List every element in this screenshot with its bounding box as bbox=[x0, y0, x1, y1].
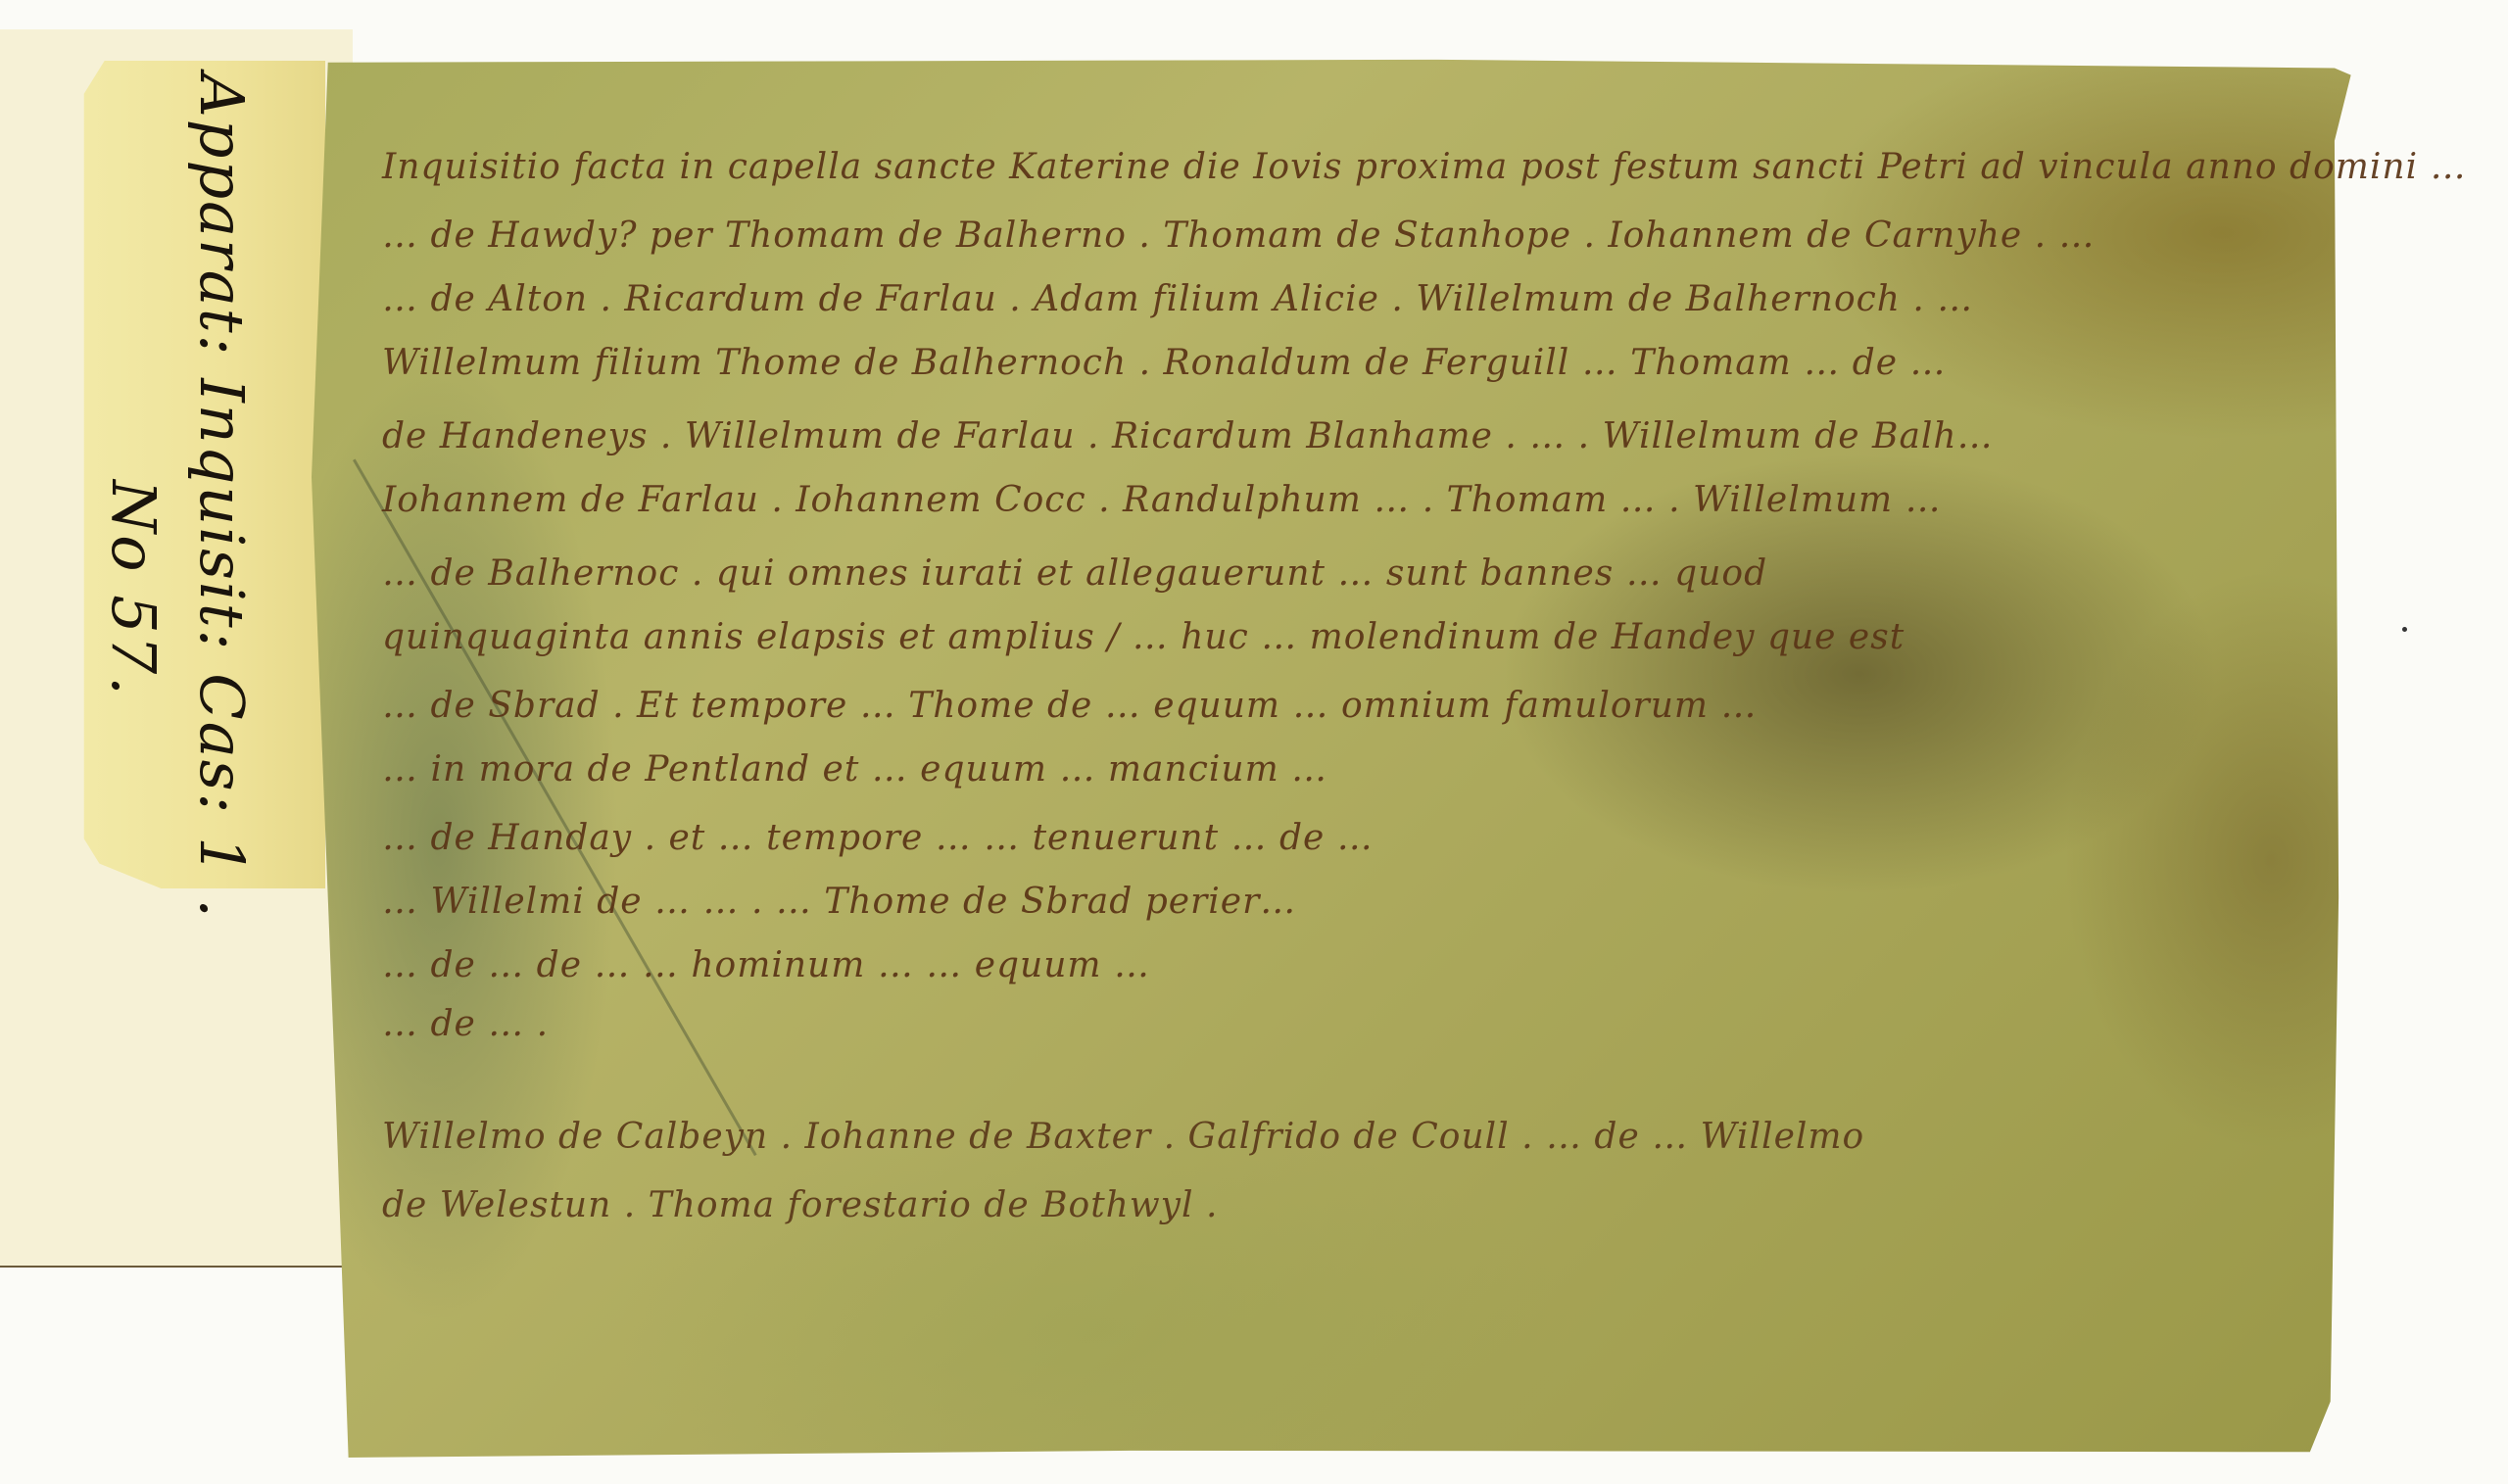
text-line: … in mora de Pentland et … equum … manci… bbox=[382, 749, 1327, 790]
witness-line: de Welestun . Thoma forestario de Bothwy… bbox=[382, 1185, 1218, 1225]
text-line: … de Hawdy? per Thomam de Balherno . Tho… bbox=[382, 215, 2096, 256]
text-line: … Willelmi de … … . … Thome de Sbrad per… bbox=[382, 882, 1296, 922]
archive-label-line-1: Apparat: Inquisit: Cas: 1 . bbox=[186, 73, 258, 920]
archive-label: Apparat: Inquisit: Cas: 1 . No 57. bbox=[93, 73, 289, 857]
text-line: … de Balhernoc . qui omnes iurati et all… bbox=[382, 553, 1767, 594]
text-line: Inquisitio facta in capella sancte Kater… bbox=[382, 147, 2467, 187]
witness-line: Willelmo de Calbeyn . Iohanne de Baxter … bbox=[382, 1117, 1864, 1157]
text-line: Iohannem de Farlau . Iohannem Cocc . Ran… bbox=[382, 480, 1942, 520]
archive-label-number: No 57. bbox=[98, 480, 169, 697]
text-line: de Handeneys . Willelmum de Farlau . Ric… bbox=[382, 416, 1994, 456]
text-line: … de … de … … hominum … … equum … bbox=[382, 945, 1150, 985]
text-line: … de Alton . Ricardum de Farlau . Adam f… bbox=[382, 279, 1973, 319]
text-line: … de … . bbox=[382, 1004, 549, 1044]
text-line: … de Sbrad . Et tempore … Thome de … equ… bbox=[382, 686, 1758, 726]
text-line: Willelmum filium Thome de Balhernoch . R… bbox=[382, 343, 1947, 383]
text-line: quinquaginta annis elapsis et amplius / … bbox=[382, 617, 1905, 657]
scan-speck bbox=[2402, 627, 2407, 632]
text-line: … de Handay . et … tempore … … tenuerunt… bbox=[382, 818, 1374, 858]
